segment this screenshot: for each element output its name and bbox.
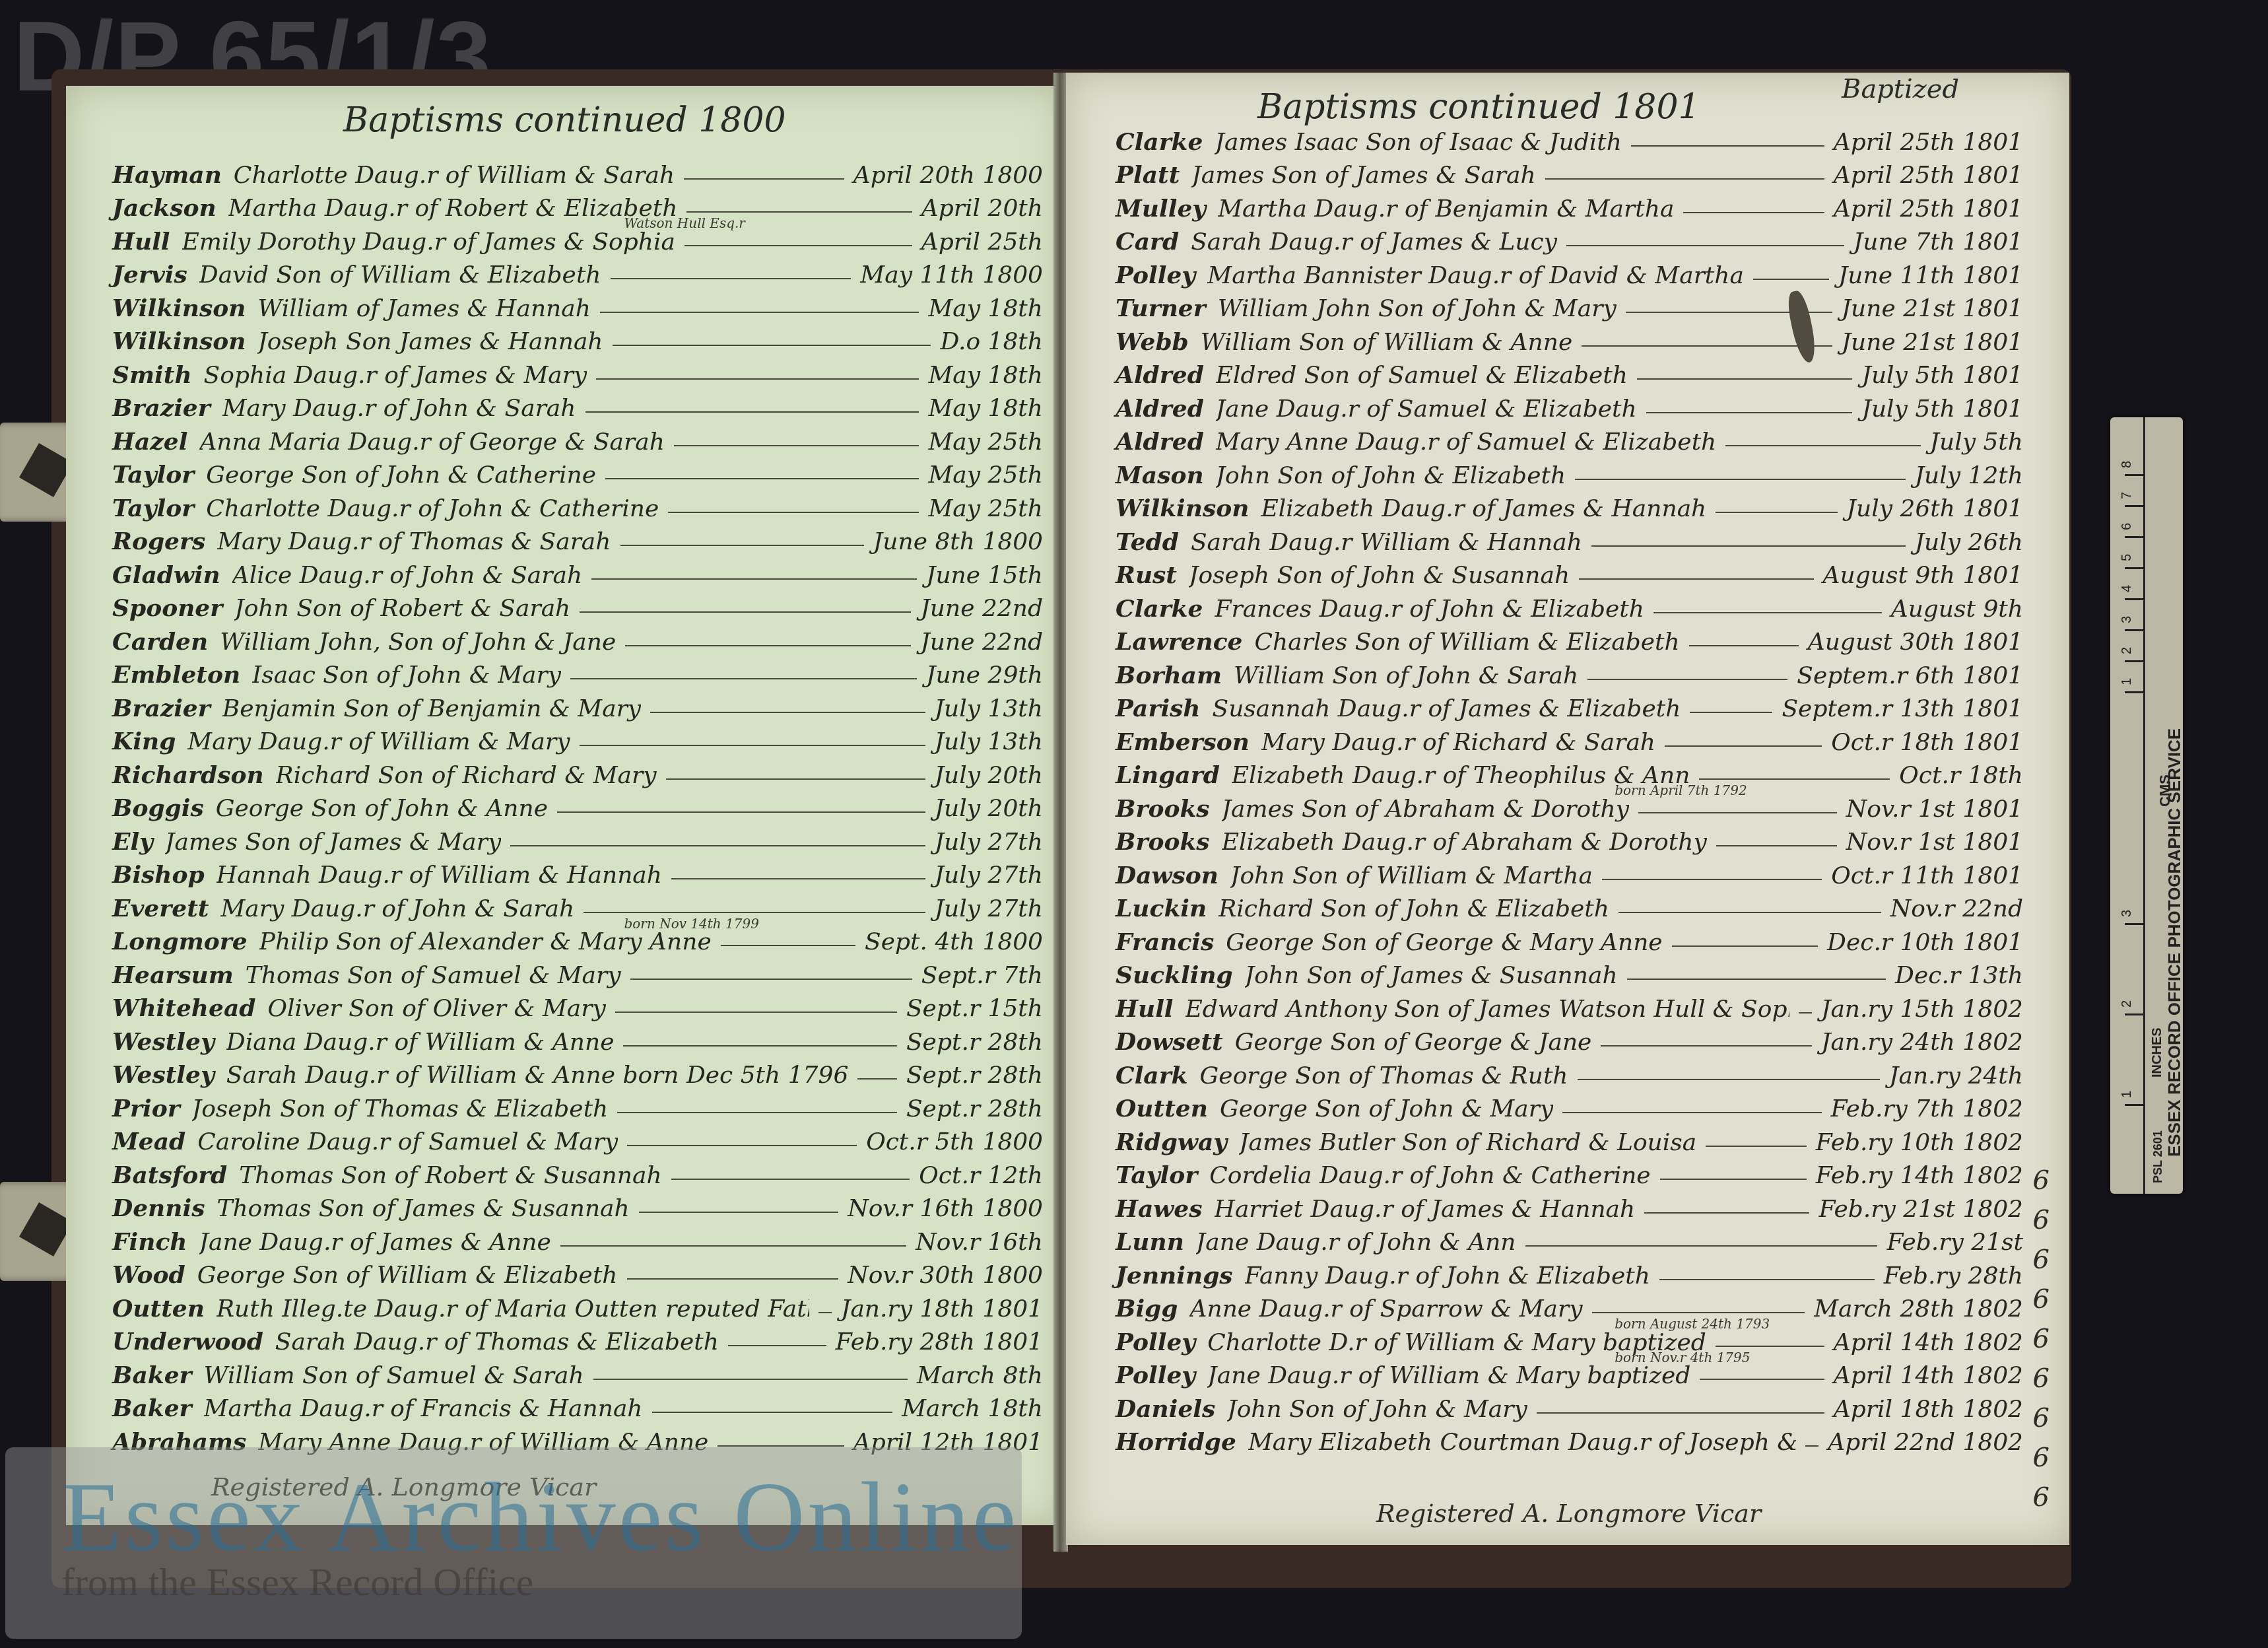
entry-baptism-date: July 13th: [935, 695, 1043, 722]
entry-baptism-date: Oct.r 18th: [1899, 762, 2023, 789]
entry-rule-line: [596, 378, 919, 380]
entry-details: Jane Daug.r of Samuel & Elizabeth: [1216, 395, 1637, 423]
baptism-entry: BakerWilliam Son of Samuel & SarahMarch …: [112, 1356, 1043, 1389]
baptism-entry: WilkinsonWilliam of James & HannahMay 18…: [112, 289, 1043, 322]
entry-details: Edward Anthony Son of James Watson Hull …: [1185, 996, 1789, 1023]
entry-baptism-date: July 5th: [1930, 429, 2023, 456]
entry-rule-line: [1716, 1346, 1824, 1347]
baptism-entry: ClarkGeorge Son of Thomas & RuthJan.ry 2…: [1116, 1056, 2023, 1089]
baptism-entry: SmithSophia Daug.r of James & MaryMay 18…: [112, 355, 1043, 389]
baptism-entry: FinchJane Daug.r of James & AnneNov.r 16…: [112, 1222, 1043, 1256]
entry-baptism-date: Sept.r 15th: [906, 995, 1043, 1022]
entry-rule-line: [1672, 945, 1818, 947]
entry-rule-line: [1653, 612, 1882, 613]
entry-rule-line: [1706, 1146, 1806, 1147]
watermark-brand: Essex Archives Online: [61, 1460, 1018, 1574]
entry-rule-line: [1665, 745, 1822, 747]
entry-surname: Bishop: [112, 861, 205, 889]
entry-baptism-date: April 14th 1802: [1834, 1329, 2023, 1356]
baptism-entry: PolleyJane Daug.r of William & Mary bapt…: [1116, 1356, 2023, 1390]
baptism-entry: CardenWilliam John, Son of John & JaneJu…: [112, 622, 1043, 656]
entry-details: William Son of John & Sarah: [1234, 662, 1578, 689]
baptism-entry: MasonJohn Son of John & ElizabethJuly 12…: [1116, 456, 2023, 489]
entry-surname: Polley: [1116, 261, 1195, 289]
entry-details: Mary Daug.r of Thomas & Sarah: [217, 528, 611, 555]
entry-baptism-date: June 8th 1800: [873, 528, 1043, 555]
entry-surname: Brooks: [1116, 795, 1210, 823]
baptism-entry: BoggisGeorge Son of John & AnneJuly 20th: [112, 789, 1043, 823]
entry-details: Mary Daug.r of Richard & Sarah: [1261, 729, 1655, 756]
entry-baptism-date: May 25th: [928, 462, 1043, 489]
baptism-entry: HullEdward Anthony Son of James Watson H…: [1116, 989, 2023, 1023]
entry-details: John Son of John & Mary: [1227, 1396, 1527, 1423]
scale-ruler: CMS 12345678 INCHES 123 ESSEX RECORD OFF…: [2110, 417, 2183, 1194]
entry-baptism-date: Nov.r 30th 1800: [848, 1262, 1043, 1289]
entry-rule-line: [1637, 378, 1852, 380]
entry-rule-line: [1579, 578, 1813, 580]
entry-baptism-date: April 25th 1801: [1834, 162, 2023, 189]
entry-rule-line: [580, 745, 925, 746]
entry-rule-line: [1601, 1045, 1812, 1047]
entry-baptism-date: June 11th 1801: [1838, 262, 2023, 289]
entry-details: James Isaac Son of Isaac & Judith: [1215, 129, 1621, 156]
entry-baptism-date: July 26th 1801: [1847, 495, 2023, 522]
entry-rule-line: [1582, 345, 1832, 347]
entry-rule-line: [1587, 679, 1787, 680]
entry-rule-line: [1700, 1379, 1824, 1380]
entry-baptism-date: Feb.ry 21st: [1886, 1229, 2023, 1256]
entry-surname: Luckin: [1116, 895, 1207, 922]
entry-baptism-date: August 9th: [1891, 596, 2023, 623]
entry-details: Jane Daug.r of John & Ann: [1196, 1229, 1516, 1256]
entry-interlined-note: Watson Hull Esq.r: [624, 215, 745, 231]
entry-baptism-date: April 20th 1800: [853, 162, 1043, 189]
entry-details: Martha Bannister Daug.r of David & Marth…: [1207, 262, 1744, 289]
entry-details: Caroline Daug.r of Samuel & Mary: [197, 1128, 618, 1155]
entry-surname: Emberson: [1116, 728, 1250, 756]
entry-rule-line: [557, 811, 925, 813]
entry-rule-line: [857, 1078, 897, 1080]
entry-baptism-date: July 12th: [1915, 462, 2023, 489]
baptized-column-header: Baptized: [1842, 74, 1959, 104]
entry-surname: Polley: [1116, 1328, 1195, 1356]
entry-rule-line: [1689, 645, 1799, 646]
entry-surname: Parish: [1116, 695, 1201, 722]
entry-rule-line: [625, 645, 911, 646]
entry-baptism-date: June 7th 1801: [1853, 228, 2023, 256]
entry-baptism-date: April 20th: [921, 195, 1043, 222]
entry-surname: Platt: [1116, 161, 1180, 189]
entry-details: George Son of Thomas & Ruth: [1200, 1062, 1568, 1089]
baptism-entry: AldredJane Daug.r of Samuel & ElizabethJ…: [1116, 389, 2023, 423]
entry-surname: Wilkinson: [112, 327, 246, 355]
entry-baptism-date: Nov.r 1st 1801: [1846, 829, 2023, 856]
baptism-entry: BrazierMary Daug.r of John & SarahMay 18…: [112, 389, 1043, 423]
entry-baptism-date: Oct.r 5th 1800: [866, 1128, 1043, 1155]
entry-details: Jane Daug.r of William & Mary baptized: [1207, 1362, 1690, 1389]
entry-rule-line: [684, 245, 912, 246]
entry-rule-line: [1618, 912, 1881, 913]
entry-details: Richard Son of John & Elizabeth: [1218, 895, 1609, 922]
entry-rule-line: [1562, 1112, 1821, 1113]
inch-tick: 2: [2125, 1013, 2143, 1015]
baptism-entry: ClarkeJames Isaac Son of Isaac & JudithA…: [1116, 122, 2023, 156]
entry-baptism-date: Oct.r 18th 1801: [1831, 729, 2023, 756]
entry-baptism-date: Feb.ry 28th: [1884, 1262, 2023, 1289]
entry-surname: Card: [1116, 228, 1179, 256]
entry-surname: Longmore: [112, 928, 248, 955]
entry-details: Thomas Son of James & Susannah: [217, 1195, 629, 1222]
entry-details: Anna Maria Daug.r of George & Sarah: [199, 429, 665, 456]
baptism-entry: RichardsonRichard Son of Richard & MaryJ…: [112, 755, 1043, 789]
entry-baptism-date: Sept.r 28th: [906, 1029, 1043, 1056]
entry-surname: Wilkinson: [1116, 495, 1249, 522]
entry-surname: Jackson: [112, 194, 217, 222]
entry-rule-line: [1591, 545, 1906, 547]
margin-tally-mark: 6: [2033, 1245, 2050, 1275]
entry-rule-line: [1699, 778, 1890, 780]
entry-details: Mary Daug.r of John & Sarah: [222, 395, 576, 422]
entry-details: Frances Daug.r of John & Elizabeth: [1215, 596, 1644, 623]
entry-baptism-date: April 25th 1801: [1834, 129, 2023, 156]
entry-rule-line: [593, 1379, 908, 1380]
entry-surname: Aldred: [1116, 361, 1204, 389]
cm-tick: 6: [2125, 536, 2143, 538]
baptism-entry: TeddSarah Daug.r William & HannahJuly 26…: [1116, 522, 2023, 556]
entry-surname: Borham: [1116, 662, 1222, 689]
entry-details: Eldred Son of Samuel & Elizabeth: [1216, 362, 1628, 389]
baptism-entry: DennisThomas Son of James & SusannahNov.…: [112, 1189, 1043, 1223]
entry-surname: King: [112, 728, 176, 755]
baptism-entry: ElyJames Son of James & MaryJuly 27th: [112, 822, 1043, 856]
entry-rule-line: [613, 345, 931, 346]
entry-rule-line: [580, 611, 911, 613]
baptism-entry: TaylorCharlotte Daug.r of John & Catheri…: [112, 489, 1043, 522]
baptism-entry: HorridgeMary Elizabeth Courtman Daug.r o…: [1116, 1423, 2023, 1457]
entry-rule-line: [1578, 1079, 1880, 1080]
entry-details: Benjamin Son of Benjamin & Mary: [222, 695, 641, 722]
entry-details: Richard Son of Richard & Mary: [276, 762, 657, 789]
entry-details: Emily Dorothy Daug.r of James & Sophia: [182, 228, 675, 256]
baptism-entry: TaylorGeorge Son of John & CatherineMay …: [112, 456, 1043, 489]
inches-label: INCHES: [2150, 1027, 2165, 1078]
margin-tally-mark: 6: [2033, 1403, 2050, 1433]
entry-surname: Hull: [1116, 995, 1174, 1023]
margin-tally-mark: 6: [2033, 1363, 2050, 1394]
baptism-entry: PriorJoseph Son of Thomas & ElizabethSep…: [112, 1089, 1043, 1122]
entry-details: George Son of George & Jane: [1235, 1029, 1592, 1056]
entry-baptism-date: Nov.r 16th 1800: [848, 1195, 1043, 1222]
entry-baptism-date: April 18th 1802: [1834, 1396, 2023, 1423]
entry-baptism-date: Jan.ry 24th 1802: [1821, 1029, 2023, 1056]
entry-surname: Polley: [1116, 1361, 1195, 1389]
entry-details: Sarah Daug.r of William & Anne born Dec …: [226, 1062, 849, 1089]
entry-baptism-date: Jan.ry 15th 1802: [1821, 996, 2023, 1023]
entry-rule-line: [728, 1345, 826, 1346]
entry-rule-line: [686, 211, 912, 213]
entry-rule-line: [591, 578, 917, 580]
baptism-entry: BiggAnne Daug.r of Sparrow & MaryMarch 2…: [1116, 1289, 2023, 1323]
entry-surname: Brazier: [112, 695, 211, 722]
baptism-entry: HazelAnna Maria Daug.r of George & Sarah…: [112, 422, 1043, 456]
ruler-code: PSL 2601: [2151, 1130, 2165, 1183]
baptism-entry: SucklingJohn Son of James & SusannahDec.…: [1116, 956, 2023, 990]
baptism-entry: WilkinsonElizabeth Daug.r of James & Han…: [1116, 489, 2023, 523]
left-page: Baptisms continued 1800 HaymanCharlotte …: [66, 86, 1063, 1525]
margin-tally-mark: 6: [2033, 1324, 2050, 1354]
vicar-signature: Registered A. Longmore Vicar: [1376, 1499, 1761, 1528]
baptism-entries-list: ClarkeJames Isaac Son of Isaac & JudithA…: [1116, 122, 2023, 1456]
entry-details: Mary Daug.r of John & Sarah: [220, 895, 574, 922]
cm-tick: 4: [2125, 598, 2143, 600]
entry-surname: Rust: [1116, 561, 1177, 589]
entry-details: George Son of John & Anne: [216, 795, 548, 822]
entry-rule-line: [1716, 512, 1837, 513]
entry-baptism-date: Septem.r 6th 1801: [1797, 662, 2023, 689]
baptism-entry: KingMary Daug.r of William & MaryJuly 13…: [112, 722, 1043, 756]
entry-surname: Ely: [112, 828, 153, 856]
entry-rule-line: [674, 445, 919, 446]
entry-rule-line: [1725, 445, 1920, 446]
entry-surname: Richardson: [112, 761, 264, 789]
baptism-entry: MeadCaroline Daug.r of Samuel & MaryOct.…: [112, 1122, 1043, 1156]
entry-rule-line: [627, 1145, 857, 1146]
entry-surname: Boggis: [112, 794, 204, 822]
entry-surname: Westley: [112, 1028, 215, 1056]
entry-surname: Hazel: [112, 428, 187, 456]
entry-baptism-date: August 30th 1801: [1808, 629, 2023, 656]
entry-details: George Son of John & Mary: [1220, 1095, 1553, 1122]
entry-details: Sarah Daug.r William & Hannah: [1191, 529, 1582, 556]
entry-surname: Tedd: [1116, 528, 1179, 556]
entry-surname: Suckling: [1116, 961, 1233, 989]
entry-surname: Smith: [112, 361, 192, 389]
entry-details: Charles Son of William & Elizabeth: [1255, 629, 1680, 656]
entry-rule-line: [671, 1179, 910, 1180]
entry-details: David Son of William & Elizabeth: [199, 261, 601, 289]
baptism-entry: PolleyCharlotte D.r of William & Mary ba…: [1116, 1322, 2023, 1356]
entry-interlined-note: born Nov.r 4th 1795: [1615, 1350, 1750, 1365]
baptism-entry: ParishSusannah Daug.r of James & Elizabe…: [1116, 689, 2023, 723]
baptism-entry: PlattJames Son of James & SarahApril 25t…: [1116, 156, 2023, 189]
baptism-entry: HearsumThomas Son of Samuel & MarySept.r…: [112, 955, 1043, 989]
cm-tick-label: 3: [2119, 616, 2135, 623]
watermark-subtitle: from the Essex Record Office: [61, 1560, 533, 1605]
entry-details: John Son of James & Susannah: [1245, 962, 1618, 989]
entry-surname: Whitehead: [112, 994, 255, 1022]
entry-surname: Lunn: [1116, 1228, 1184, 1256]
baptism-entry: BrooksElizabeth Daug.r of Abraham & Doro…: [1116, 823, 2023, 856]
entry-baptism-date: May 25th: [928, 495, 1043, 522]
cm-tick: 2: [2125, 660, 2143, 662]
entry-rule-line: [666, 778, 925, 780]
baptism-entry: LongmorePhilip Son of Alexander & Mary A…: [112, 922, 1043, 956]
entry-baptism-date: June 29th: [926, 662, 1043, 689]
entry-details: Oliver Son of Oliver & Mary: [267, 995, 605, 1022]
baptism-entry: FrancisGeorge Son of George & Mary AnneD…: [1116, 922, 2023, 956]
entry-details: William John Son of John & Mary: [1218, 295, 1617, 322]
baptism-entry: RidgwayJames Butler Son of Richard & Lou…: [1116, 1122, 2023, 1156]
margin-tally-mark: 6: [2033, 1482, 2050, 1513]
entry-baptism-date: Feb.ry 21st 1802: [1818, 1196, 2023, 1223]
entry-baptism-date: Sept. 4th 1800: [865, 928, 1043, 955]
entry-details: Philip Son of Alexander & Mary Anne: [259, 928, 712, 955]
entry-baptism-date: April 25th: [921, 228, 1043, 256]
entry-surname: Brooks: [1116, 828, 1210, 856]
entry-rule-line: [1525, 1245, 1878, 1247]
entry-baptism-date: August 9th 1801: [1823, 562, 2023, 589]
entry-rule-line: [560, 1245, 906, 1247]
entry-surname: Gladwin: [112, 561, 220, 589]
entry-baptism-date: June 15th: [926, 562, 1043, 589]
entry-rule-line: [1638, 812, 1837, 813]
entry-surname: Turner: [1116, 294, 1206, 322]
entry-details: Thomas Son of Samuel & Mary: [246, 962, 621, 989]
baptism-entry: JervisDavid Son of William & ElizabethMa…: [112, 256, 1043, 289]
entry-baptism-date: June 21st 1801: [1842, 329, 2023, 356]
entry-surname: Hull: [112, 228, 170, 256]
entry-surname: Everett: [112, 895, 209, 922]
clasp-hole: [19, 1202, 73, 1256]
entry-baptism-date: Sept.r 28th: [906, 1095, 1043, 1122]
cm-tick: 1: [2125, 691, 2143, 693]
entry-baptism-date: July 27th: [935, 829, 1043, 856]
entry-surname: Mason: [1116, 462, 1204, 489]
entry-details: Susannah Daug.r of James & Elizabeth: [1213, 695, 1681, 722]
baptism-entry: EmbletonIsaac Son of John & MaryJune 29t…: [112, 656, 1043, 689]
entry-details: Martha Daug.r of Robert & Elizabeth: [228, 195, 678, 222]
entry-baptism-date: May 18th: [928, 362, 1043, 389]
inch-tick-label: 2: [2119, 1000, 2135, 1008]
essex-archives-watermark: Essex Archives Online from the Essex Rec…: [5, 1447, 1022, 1639]
entry-surname: Dowsett: [1116, 1028, 1223, 1056]
entry-baptism-date: May 25th: [928, 429, 1043, 456]
cm-tick: 8: [2125, 474, 2143, 476]
entry-details: William Son of Samuel & Sarah: [204, 1362, 584, 1389]
entry-surname: Taylor: [112, 495, 194, 522]
baptism-entry: LunnJane Daug.r of John & AnnFeb.ry 21st: [1116, 1223, 2023, 1256]
baptism-entry: LawrenceCharles Son of William & Elizabe…: [1116, 623, 2023, 656]
margin-tally-mark: 6: [2033, 1284, 2050, 1315]
entry-rule-line: [1592, 1312, 1805, 1313]
entry-baptism-date: Dec.r 13th: [1895, 962, 2023, 989]
cm-tick: 7: [2125, 505, 2143, 507]
entry-rule-line: [1753, 279, 1829, 280]
entry-baptism-date: Sept.r 7th: [921, 962, 1043, 989]
entry-baptism-date: July 20th: [935, 762, 1043, 789]
entry-details: James Son of Abraham & Dorothy: [1222, 796, 1630, 823]
entry-surname: Embleton: [112, 661, 240, 689]
entry-details: Isaac Son of John & Mary: [252, 662, 561, 689]
entry-baptism-date: Dec.r 10th 1801: [1827, 929, 2023, 956]
entry-surname: Clarke: [1116, 595, 1203, 623]
entry-surname: Lingard: [1116, 761, 1220, 789]
cm-tick-label: 2: [2119, 647, 2135, 654]
entry-rule-line: [584, 912, 925, 913]
entry-baptism-date: Jan.ry 18th 1801: [841, 1295, 1043, 1322]
entry-surname: Dawson: [1116, 862, 1218, 889]
baptism-entry: BrooksJames Son of Abraham & DorothyNov.…: [1116, 789, 2023, 823]
entry-details: Joseph Son James & Hannah: [257, 328, 603, 355]
entry-details: Martha Daug.r of Francis & Hannah: [204, 1395, 643, 1422]
cm-tick: 5: [2125, 567, 2143, 569]
baptism-entry: HullEmily Dorothy Daug.r of James & Soph…: [112, 222, 1043, 256]
entry-baptism-date: May 11th 1800: [860, 261, 1043, 289]
baptism-entry: OuttenRuth Illeg.te Daug.r of Maria Outt…: [112, 1289, 1043, 1322]
entry-details: Anne Daug.r of Sparrow & Mary: [1189, 1295, 1582, 1322]
entry-baptism-date: Nov.r 16th: [916, 1229, 1043, 1256]
entry-surname: Batsford: [112, 1161, 227, 1189]
inch-tick: 3: [2125, 923, 2143, 925]
page-heading: Baptisms continued 1801: [1257, 87, 1700, 127]
entry-baptism-date: July 27th: [935, 862, 1043, 889]
baptism-entry: BakerMartha Daug.r of Francis & HannahMa…: [112, 1389, 1043, 1423]
entry-rule-line: [617, 1112, 897, 1113]
entry-baptism-date: Feb.ry 10th 1802: [1816, 1129, 2023, 1156]
entry-details: Sarah Daug.r of James & Lucy: [1191, 228, 1557, 256]
baptism-entry: RustJoseph Son of John & SusannahAugust …: [1116, 556, 2023, 590]
entry-rule-line: [510, 845, 925, 846]
entry-details: Joseph Son of Thomas & Elizabeth: [192, 1095, 609, 1122]
baptism-entry: LuckinRichard Son of John & ElizabethNov…: [1116, 889, 2023, 923]
entry-baptism-date: D.o 18th: [940, 328, 1043, 355]
entry-details: Ruth Illeg.te Daug.r of Maria Outten rep…: [217, 1295, 809, 1322]
entry-surname: Hayman: [112, 161, 222, 189]
entry-details: James Butler Son of Richard & Louisa: [1239, 1129, 1696, 1156]
entry-details: Alice Daug.r of John & Sarah: [232, 562, 582, 589]
entry-baptism-date: May 18th: [928, 395, 1043, 422]
baptism-entry: EmbersonMary Daug.r of Richard & SarahOc…: [1116, 722, 2023, 756]
ruler-brand: ESSEX RECORD OFFICE PHOTOGRAPHIC SERVICE: [2164, 728, 2185, 1157]
entry-details: Charlotte Daug.r of John & Catherine: [206, 495, 659, 522]
margin-tally-mark: 6: [2033, 1443, 2050, 1473]
entry-details: Fanny Daug.r of John & Elizabeth: [1245, 1262, 1650, 1289]
cm-tick-label: 1: [2119, 678, 2135, 685]
entry-rule-line: [639, 1212, 838, 1213]
entry-rule-line: [1660, 1179, 1807, 1180]
entry-rule-line: [1566, 245, 1844, 246]
entry-rule-line: [652, 1412, 893, 1413]
entry-interlined-note: born April 7th 1792: [1615, 782, 1747, 798]
entry-surname: Bigg: [1116, 1295, 1178, 1322]
entry-surname: Baker: [112, 1394, 192, 1422]
entry-baptism-date: June 21st 1801: [1842, 295, 2023, 322]
entry-rule-line: [627, 1278, 839, 1280]
entry-details: John Son of John & Elizabeth: [1216, 462, 1566, 489]
entry-rule-line: [818, 1312, 832, 1313]
entry-details: Mary Anne Daug.r of Samuel & Elizabeth: [1216, 429, 1716, 456]
baptism-entry: WestleyDiana Daug.r of William & AnneSep…: [112, 1022, 1043, 1056]
baptism-entry: WestleySarah Daug.r of William & Anne bo…: [112, 1056, 1043, 1089]
entry-baptism-date: Nov.r 1st 1801: [1846, 796, 2023, 823]
entry-rule-line: [1716, 845, 1837, 846]
entry-surname: Clarke: [1116, 128, 1203, 156]
entry-interlined-note: born Nov 14th 1799: [624, 916, 759, 932]
entry-rule-line: [1545, 178, 1824, 180]
baptism-entry: HaymanCharlotte Daug.r of William & Sara…: [112, 155, 1043, 189]
entry-details: Hannah Daug.r of William & Hannah: [217, 862, 662, 889]
baptism-entry: TurnerWilliam John Son of John & MaryJun…: [1116, 289, 2023, 323]
baptism-entry: BishopHannah Daug.r of William & HannahJ…: [112, 856, 1043, 889]
clasp-hole: [19, 443, 73, 497]
entry-rule-line: [1690, 712, 1772, 713]
entry-details: William of James & Hannah: [257, 295, 591, 322]
baptism-entry: UnderwoodSarah Daug.r of Thomas & Elizab…: [112, 1322, 1043, 1356]
entry-rule-line: [684, 178, 844, 180]
baptism-entry: OuttenGeorge Son of John & MaryFeb.ry 7t…: [1116, 1089, 2023, 1123]
entry-baptism-date: July 5th 1801: [1861, 395, 2023, 423]
entry-baptism-date: July 27th: [935, 895, 1043, 922]
